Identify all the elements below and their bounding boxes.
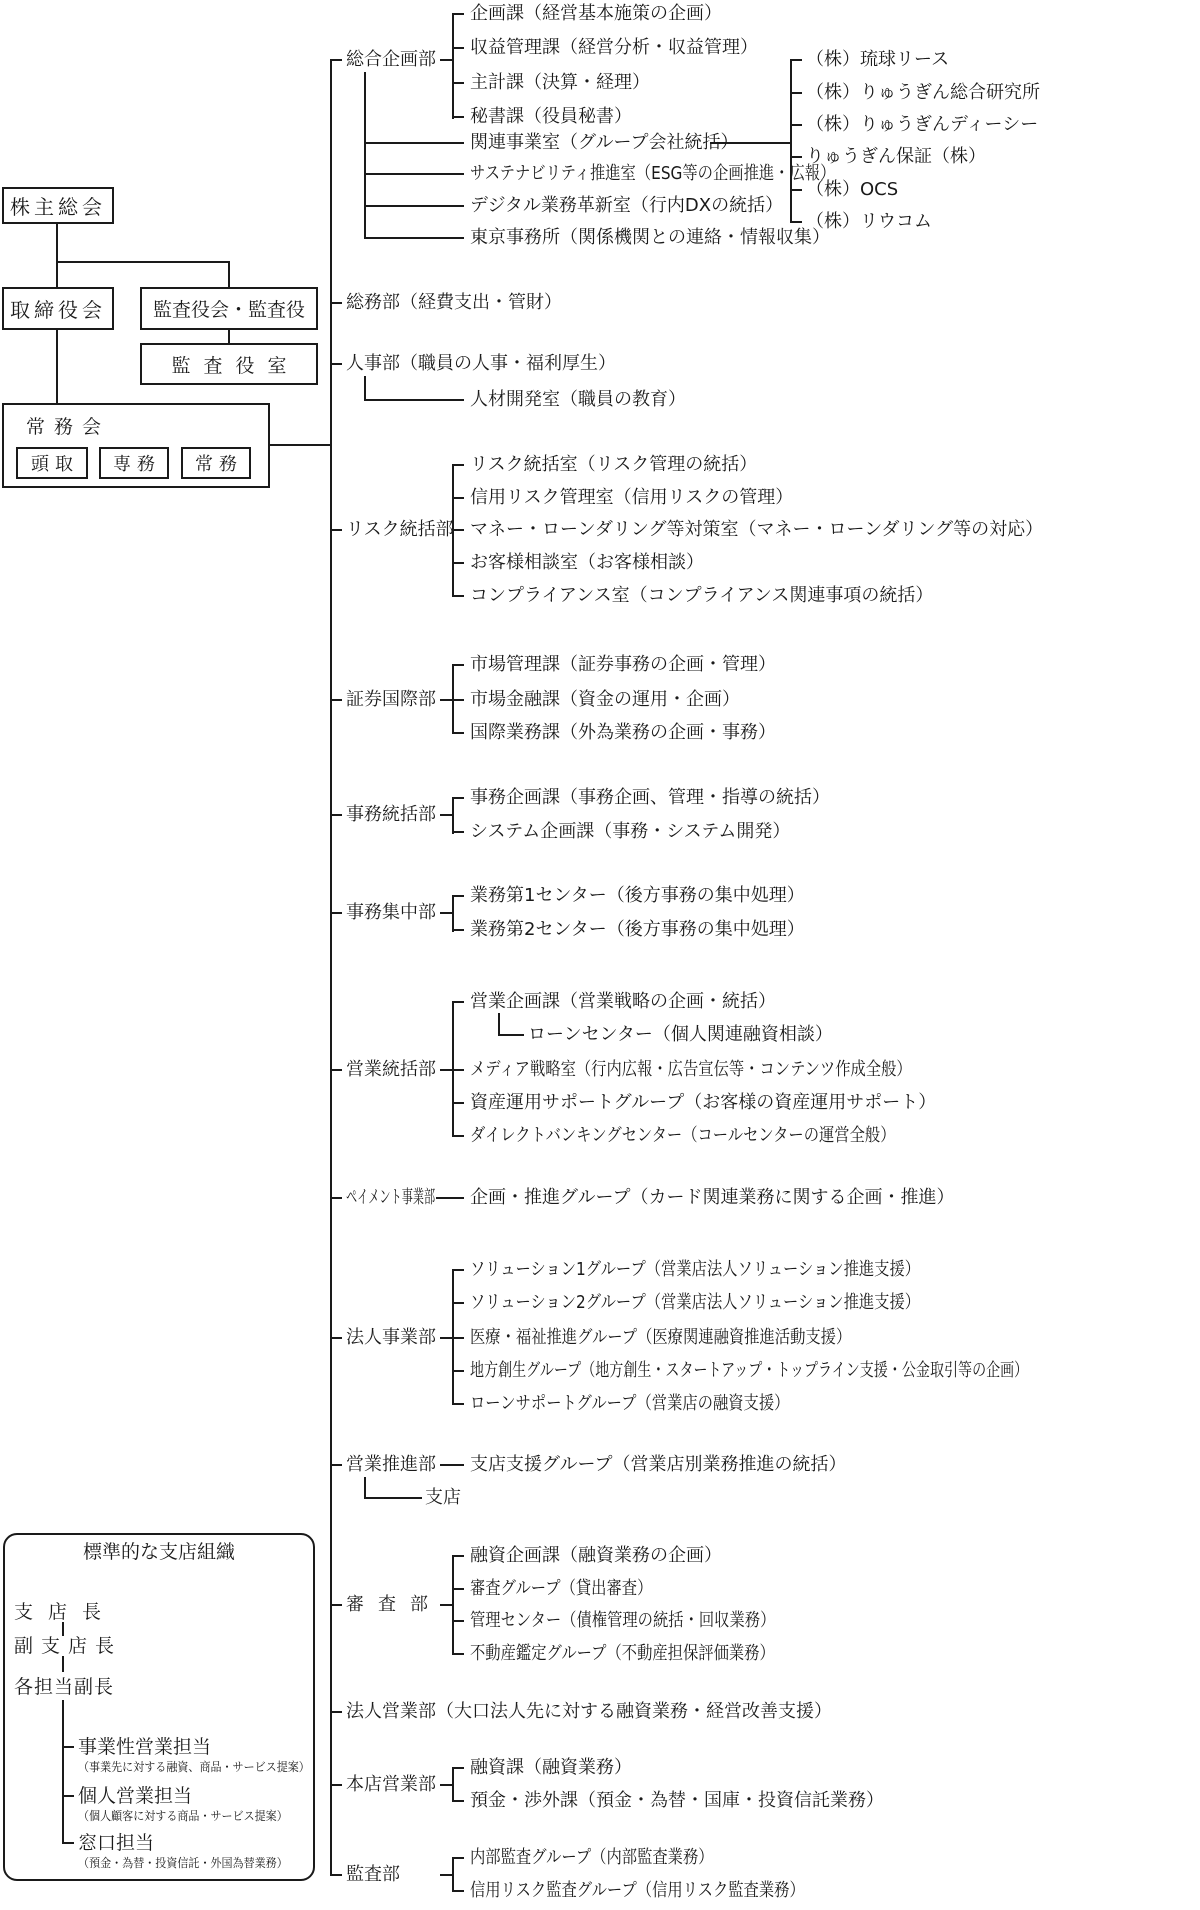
connector-line bbox=[452, 1069, 464, 1071]
subsidiary: （株）OCS bbox=[806, 179, 898, 201]
dept-label: 証券国際部 bbox=[346, 689, 436, 711]
connector-line bbox=[440, 1874, 452, 1876]
connector-line bbox=[332, 699, 342, 701]
org-unit: 支店 bbox=[425, 1487, 461, 1509]
connector-line bbox=[452, 1102, 464, 1104]
connector-line bbox=[790, 92, 802, 94]
subsidiary: りゅうぎん保証（株） bbox=[806, 146, 986, 168]
org-unit: 信用リスク管理室（信用リスクの管理） bbox=[470, 487, 793, 509]
connector-line bbox=[710, 142, 790, 144]
org-unit: ソリューション1グループ（営業店法人ソリューション推進支援） bbox=[470, 1259, 920, 1281]
connector-line bbox=[56, 330, 58, 404]
connector-line bbox=[332, 302, 342, 304]
connector-line bbox=[452, 1800, 464, 1802]
connector-line bbox=[440, 59, 452, 61]
connector-line bbox=[270, 444, 332, 446]
connector-line bbox=[452, 831, 464, 833]
connector-line bbox=[332, 1197, 342, 1199]
connector-line bbox=[332, 529, 342, 531]
org-unit: コンプライアンス室（コンプライアンス関連事項の統括） bbox=[470, 585, 933, 607]
connector-line bbox=[364, 399, 464, 401]
org-unit: 秘書課（役員秘書） bbox=[470, 106, 632, 128]
connector-line bbox=[364, 72, 366, 239]
connector-line bbox=[452, 1403, 464, 1405]
org-unit: 人材開発室（職員の教育） bbox=[470, 389, 686, 411]
connector-line bbox=[452, 1857, 464, 1859]
org-unit: 業務第1センター（後方事務の集中処理） bbox=[470, 885, 805, 907]
connector-line bbox=[440, 814, 452, 816]
connector-line bbox=[332, 363, 342, 365]
connector-line bbox=[440, 912, 452, 914]
connector-line bbox=[452, 895, 464, 897]
connector-line bbox=[364, 142, 464, 144]
connector-line bbox=[440, 699, 452, 701]
board-of-directors-box: 取締役会 bbox=[2, 287, 114, 330]
dept-label: 法人事業部 bbox=[346, 1327, 436, 1349]
org-unit: 国際業務課（外為業務の企画・事務） bbox=[470, 722, 776, 744]
managing-director-label: 常務 bbox=[189, 450, 243, 476]
org-unit: サステナビリティ推進室（ESG等の企画推進・広報） bbox=[470, 163, 835, 185]
connector-line bbox=[332, 912, 342, 914]
org-unit: 東京事務所（関係機関との連絡・情報収集） bbox=[470, 227, 830, 249]
connector-line bbox=[452, 664, 464, 666]
connector-line bbox=[332, 814, 342, 816]
org-unit: システム企画課（事務・システム開発） bbox=[470, 821, 790, 843]
connector-line bbox=[332, 1464, 342, 1466]
shareholders-meeting-label: 株主総会 bbox=[10, 191, 106, 220]
board-of-directors-label: 取締役会 bbox=[10, 294, 106, 323]
branch-deputy-manager: 副支店長 bbox=[14, 1635, 122, 1657]
connector-line bbox=[452, 47, 464, 49]
standard-branch-box bbox=[3, 1533, 315, 1881]
connector-line bbox=[452, 1135, 464, 1137]
connector-line bbox=[452, 82, 464, 84]
connector-line bbox=[452, 1857, 454, 1892]
connector-line bbox=[364, 173, 464, 175]
connector-line bbox=[332, 1784, 342, 1786]
org-unit: 営業企画課（営業戦略の企画・統括） bbox=[470, 991, 776, 1013]
connector-line bbox=[452, 895, 454, 932]
subsidiary: （株）琉球リース bbox=[806, 49, 949, 71]
connector-line bbox=[440, 1784, 452, 1786]
connector-line bbox=[452, 699, 464, 701]
dept-label: 総務部（経費支出・管財） bbox=[346, 292, 562, 314]
connector-line bbox=[436, 1197, 464, 1199]
org-unit: 融資企画課（融資業務の企画） bbox=[470, 1545, 722, 1567]
dept-label: 事務統括部 bbox=[346, 804, 436, 826]
connector-line bbox=[332, 1874, 342, 1876]
senior-managing-director-label: 専務 bbox=[107, 450, 161, 476]
connector-line bbox=[452, 1001, 464, 1003]
connector-line bbox=[452, 1302, 464, 1304]
org-unit: メディア戦略室（行内広報・広告宣伝等・コンテンツ作成全般） bbox=[470, 1059, 912, 1081]
org-unit: リスク統括室（リスク管理の統括） bbox=[470, 454, 757, 476]
connector-line bbox=[790, 59, 802, 61]
connector-line bbox=[440, 1069, 452, 1071]
connector-line bbox=[62, 1656, 64, 1672]
org-unit: 医療・福祉推進グループ（医療関連融資推進活動支援） bbox=[470, 1327, 851, 1349]
connector-line bbox=[790, 124, 802, 126]
connector-line bbox=[790, 59, 792, 223]
connector-line bbox=[440, 1604, 452, 1606]
connector-line bbox=[452, 797, 454, 834]
connector-line bbox=[332, 1069, 342, 1071]
president-label: 頭取 bbox=[25, 450, 79, 476]
connector-line bbox=[364, 1497, 422, 1499]
auditors-office-box: 監査役室 bbox=[140, 343, 318, 385]
connector-line bbox=[364, 205, 464, 207]
connector-line bbox=[452, 1269, 464, 1271]
connector-line bbox=[62, 1746, 74, 1748]
org-unit: お客様相談室（お客様相談） bbox=[470, 552, 704, 574]
org-unit: 地方創生グループ（地方創生・スタートアップ・トップライン支援・公金取引等の企画） bbox=[470, 1360, 1028, 1382]
connector-line bbox=[364, 1477, 366, 1498]
connector-line bbox=[452, 1890, 464, 1892]
connector-line bbox=[364, 237, 464, 239]
org-unit: 審査グループ（貸出審査） bbox=[470, 1578, 652, 1600]
org-unit: 業務第2センター（後方事務の集中処理） bbox=[470, 919, 805, 941]
connector-line bbox=[228, 330, 230, 344]
dept-label: 総合企画部 bbox=[346, 49, 436, 71]
connector-line bbox=[790, 189, 802, 191]
dept-label: 審査部 bbox=[346, 1594, 442, 1616]
connector-line bbox=[452, 1370, 464, 1372]
connector-line bbox=[62, 1795, 74, 1797]
connector-line bbox=[62, 1700, 64, 1844]
connector-line bbox=[452, 595, 464, 597]
managing-director-box: 常務 bbox=[181, 447, 251, 479]
dept-label: リスク統括部 bbox=[346, 519, 454, 541]
audit-committee-box: 監査役会・監査役 bbox=[140, 287, 318, 330]
org-unit: デジタル業務革新室（行内DXの統括） bbox=[470, 195, 783, 217]
org-unit: 企画・推進グループ（カード関連業務に関する企画・推進） bbox=[470, 1187, 955, 1209]
connector-line bbox=[452, 116, 464, 118]
org-unit: マネー・ローンダリング等対策室（マネー・ローンダリング等の対応） bbox=[470, 519, 1043, 541]
dept-label: 営業推進部 bbox=[346, 1454, 436, 1476]
subsidiary: （株）りゅうぎん総合研究所 bbox=[806, 82, 1040, 104]
connector-line bbox=[62, 1622, 64, 1636]
connector-line bbox=[498, 1034, 524, 1036]
connector-line bbox=[452, 13, 454, 119]
dept-label: 営業統括部 bbox=[346, 1059, 436, 1081]
connector-line bbox=[452, 1555, 454, 1655]
org-unit: 市場金融課（資金の運用・企画） bbox=[470, 689, 740, 711]
connector-line bbox=[452, 1767, 454, 1802]
connector-line bbox=[790, 221, 802, 223]
connector-line bbox=[452, 797, 464, 799]
audit-committee-label: 監査役会・監査役 bbox=[153, 295, 305, 322]
auditors-office-label: 監査役室 bbox=[158, 351, 299, 378]
org-unit: ダイレクトバンキングセンター（コールセンターの運営全般） bbox=[470, 1125, 895, 1147]
executive-committee-label: 常務会 bbox=[26, 412, 110, 439]
branch-role-desc: （個人顧客に対する商品・サービス提案） bbox=[78, 1809, 288, 1824]
org-unit: 資産運用サポートグループ（お客様の資産運用サポート） bbox=[470, 1092, 936, 1114]
org-unit: 関連事業室（グループ会社統括） bbox=[470, 132, 739, 154]
connector-line bbox=[440, 1464, 464, 1466]
org-unit: 支店支援グループ（営業店別業務推進の統括） bbox=[470, 1454, 847, 1476]
org-unit: ソリューション2グループ（営業店法人ソリューション推進支援） bbox=[470, 1292, 920, 1314]
shareholders-meeting-box: 株主総会 bbox=[2, 187, 114, 224]
connector-line bbox=[56, 224, 58, 287]
connector-line bbox=[452, 732, 464, 734]
connector-line bbox=[332, 59, 342, 61]
dept-label: 監査部 bbox=[346, 1864, 400, 1886]
branch-section-chiefs: 各担当副長 bbox=[14, 1676, 114, 1698]
subsidiary: （株）りゅうぎんディーシー bbox=[806, 114, 1038, 136]
dept-label: 法人営業部（大口法人先に対する融資業務・経営改善支援） bbox=[346, 1701, 832, 1723]
org-unit: 収益管理課（経営分析・収益管理） bbox=[470, 37, 758, 59]
org-unit: 企画課（経営基本施策の企画） bbox=[470, 3, 722, 25]
connector-line bbox=[56, 261, 230, 263]
connector-line bbox=[62, 1842, 74, 1844]
connector-line bbox=[452, 1588, 464, 1590]
org-unit: 管理センター（債権管理の統括・回収業務） bbox=[470, 1610, 775, 1632]
connector-line bbox=[452, 1620, 464, 1622]
connector-line bbox=[790, 156, 802, 158]
branch-role-desc: （事業先に対する融資、商品・サービス提案） bbox=[78, 1760, 310, 1775]
branch-role: 個人営業担当 bbox=[78, 1785, 192, 1807]
connector-line bbox=[452, 464, 464, 466]
connector-line bbox=[228, 261, 230, 288]
connector-line bbox=[452, 1653, 464, 1655]
dept-label: 本店営業部 bbox=[346, 1774, 436, 1796]
connector-line bbox=[452, 1337, 464, 1339]
connector-line bbox=[452, 497, 464, 499]
connector-line bbox=[452, 562, 464, 564]
connector-line bbox=[332, 1337, 342, 1339]
org-unit: 不動産鑑定グループ（不動産担保評価業務） bbox=[470, 1643, 775, 1665]
branch-manager: 支店長 bbox=[14, 1601, 116, 1623]
dept-label: 事務集中部 bbox=[346, 902, 436, 924]
subsidiary: （株）リウコム bbox=[806, 211, 932, 233]
org-unit: 内部監査グループ（内部監査業務） bbox=[470, 1847, 714, 1869]
org-unit: 融資課（融資業務） bbox=[470, 1757, 632, 1779]
connector-line bbox=[364, 376, 366, 400]
standard-branch-title: 標準的な支店組織 bbox=[3, 1541, 315, 1563]
org-unit: 信用リスク監査グループ（信用リスク監査業務） bbox=[470, 1880, 805, 1902]
connector-line bbox=[452, 1555, 464, 1557]
connector-line bbox=[332, 1604, 342, 1606]
connector-line bbox=[498, 1013, 500, 1035]
dept-label: 人事部（職員の人事・福利厚生） bbox=[346, 353, 616, 375]
senior-managing-director-box: 専務 bbox=[99, 447, 169, 479]
org-chart: 株主総会 取締役会 監査役会・監査役 監査役室 常務会 頭取 専務 常務 総合企… bbox=[0, 0, 1200, 1910]
org-unit: 事務企画課（事務企画、管理・指導の統括） bbox=[470, 787, 830, 809]
org-unit: ローンセンター（個人関連融資相談） bbox=[528, 1024, 833, 1046]
org-unit: ローンサポートグループ（営業店の融資支援） bbox=[470, 1393, 789, 1415]
dept-label: ペイメント事業部 bbox=[346, 1187, 435, 1209]
connector-line bbox=[452, 1767, 464, 1769]
connector-line bbox=[452, 929, 464, 931]
connector-line bbox=[452, 13, 464, 15]
branch-role-desc: （預金・為替・投資信託・外国為替業務） bbox=[78, 1856, 288, 1871]
connector-line bbox=[452, 529, 464, 531]
branch-role: 窓口担当 bbox=[78, 1832, 154, 1854]
org-unit: 主計課（決算・経理） bbox=[470, 72, 650, 94]
connector-line bbox=[440, 1337, 452, 1339]
org-unit: 市場管理課（証券事務の企画・管理） bbox=[470, 654, 776, 676]
president-box: 頭取 bbox=[16, 447, 88, 479]
branch-role: 事業性営業担当 bbox=[78, 1736, 211, 1758]
org-unit: 預金・渉外課（預金・為替・国庫・投資信託業務） bbox=[470, 1790, 884, 1812]
connector-line bbox=[332, 1711, 342, 1713]
